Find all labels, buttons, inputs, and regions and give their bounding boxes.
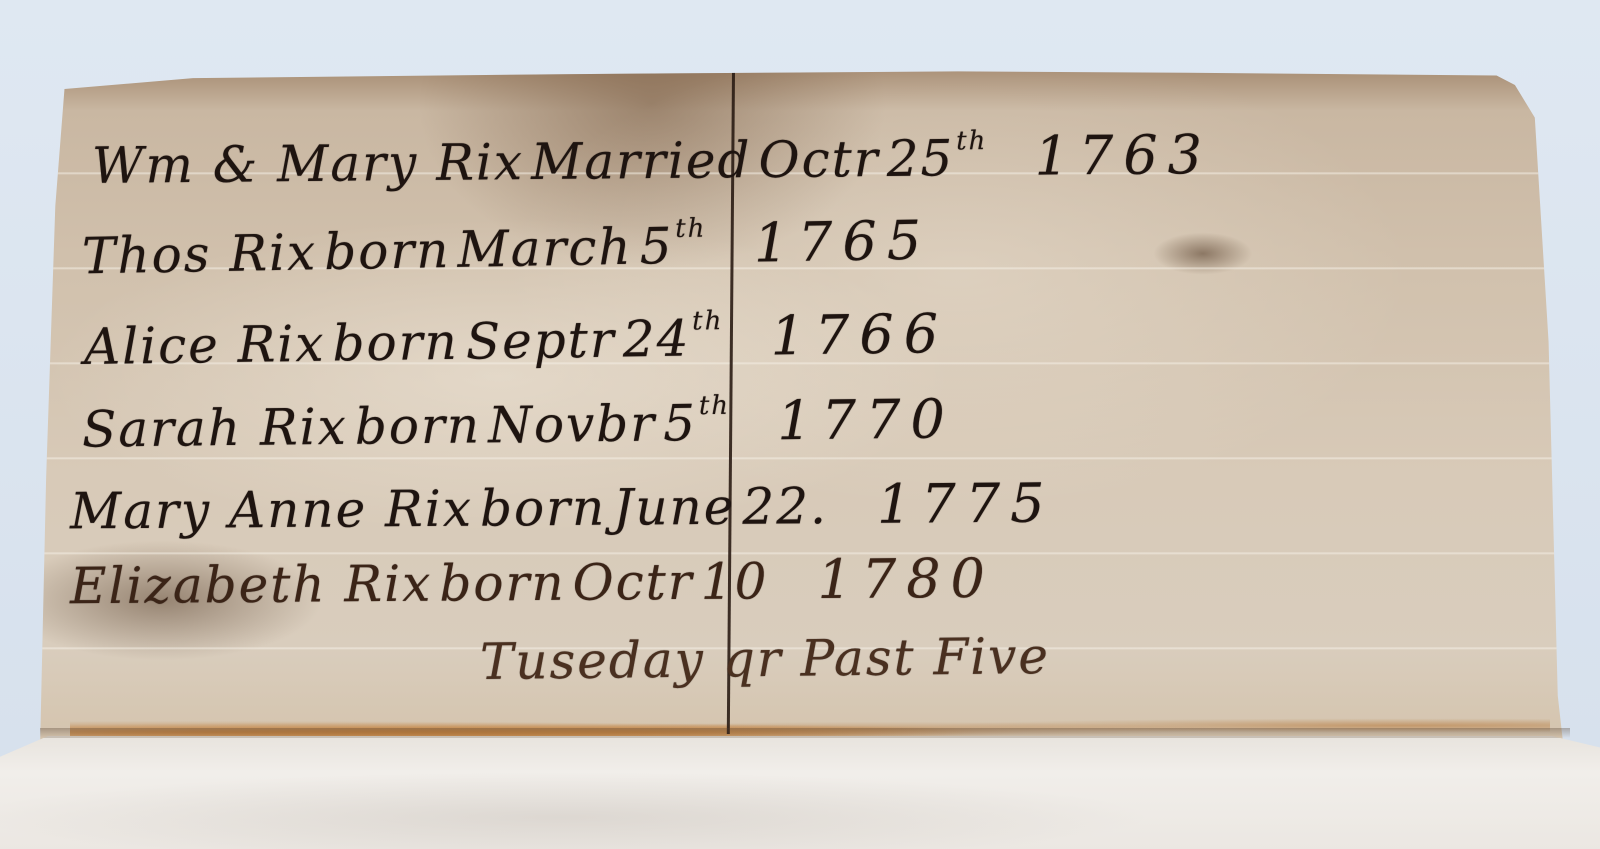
entry-name: Mary Anne Rix xyxy=(70,480,473,541)
entry-event: born xyxy=(439,554,566,613)
entry-day: 10 xyxy=(701,552,769,610)
entry-day: 25 xyxy=(886,129,954,188)
entry-day: 24 xyxy=(622,310,690,369)
entry-event: born xyxy=(480,479,607,538)
paper-leaf: Wm & Mary Rix Married Octr 25th 1763 Tho… xyxy=(40,70,1570,750)
entry-name: Thos Rix xyxy=(82,223,318,285)
entry-year: 1775 xyxy=(877,472,1055,536)
register-entry-marriage: Wm & Mary Rix Married Octr 25th 1763 xyxy=(92,123,1213,196)
register-entry-birth: Alice Rix born Septr 24th 1766 xyxy=(84,302,949,377)
entry-day-suffix: th xyxy=(699,391,731,421)
register-entry-birth: Elizabeth Rix born Octr 10 1780 xyxy=(70,547,995,616)
register-entry-birth: Sarah Rix born Novbr 5th 1770 xyxy=(82,387,955,459)
photograph: Wm & Mary Rix Married Octr 25th 1763 Tho… xyxy=(0,0,1600,849)
entry-event: born xyxy=(355,396,482,455)
entry-year: 1770 xyxy=(777,387,955,452)
entry-day-suffix: th xyxy=(675,214,707,245)
entry-month: Novbr xyxy=(488,395,657,455)
register-entry-birth: Thos Rix born March 5th 1765 xyxy=(82,209,932,287)
register-footnote: Tuseday qr Past Five xyxy=(480,627,1051,691)
entry-day-suffix: th xyxy=(956,126,987,156)
entry-year: 1763 xyxy=(1034,123,1212,188)
entry-month: March xyxy=(457,218,633,279)
entry-name: Elizabeth Rix xyxy=(70,555,433,616)
entry-name: Sarah Rix xyxy=(82,398,348,459)
entry-event: Married xyxy=(531,131,752,191)
entry-month: Octr xyxy=(572,553,693,612)
entry-day: 5 xyxy=(639,217,674,276)
entry-year: 1766 xyxy=(770,302,948,367)
entry-day: 22. xyxy=(742,477,828,536)
entry-name: Alice Rix xyxy=(84,315,326,376)
entry-name: Wm & Mary Rix xyxy=(92,133,524,195)
entry-day: 5 xyxy=(663,394,697,452)
entry-year: 1765 xyxy=(753,209,932,275)
entry-day-suffix: th xyxy=(692,306,724,336)
entry-month: Septr xyxy=(465,311,616,371)
register-entry-birth: Mary Anne Rix born June 22. 1775 xyxy=(70,472,1055,542)
entry-month: June xyxy=(613,478,735,537)
footnote-text: Tuseday qr Past Five xyxy=(480,627,1051,691)
book-page-block xyxy=(0,736,1600,849)
entry-event: born xyxy=(332,313,459,373)
entry-year: 1780 xyxy=(817,547,995,611)
entry-month: Octr xyxy=(758,130,880,189)
entry-event: born xyxy=(324,221,451,281)
